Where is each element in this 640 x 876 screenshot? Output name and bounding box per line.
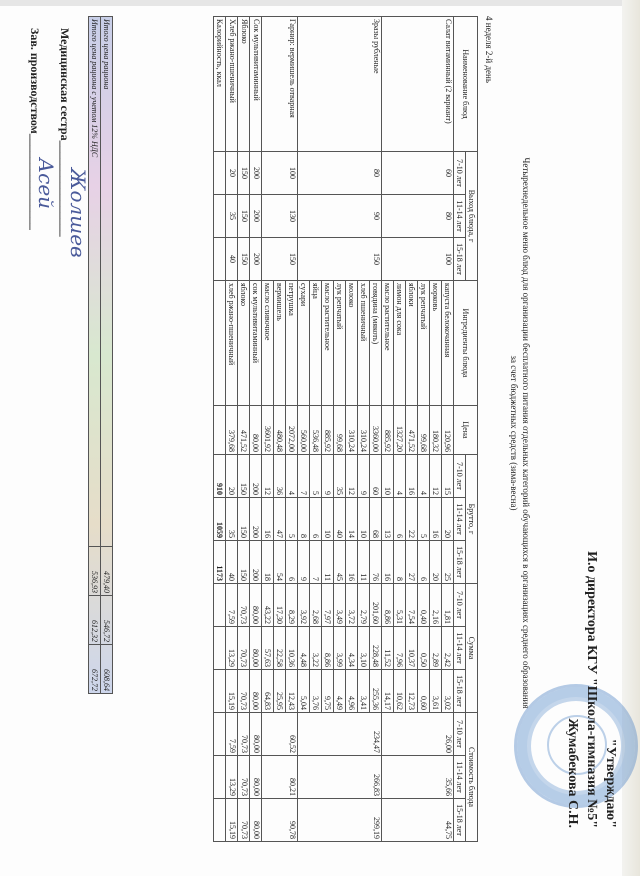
dish-cost: 60,52 [262, 713, 298, 756]
ingredient-price: 99,68 [334, 406, 346, 455]
ingredient-sum: 43,22 [262, 584, 274, 627]
title-line-2: за счет бюджетных средств (зима-весна) [508, 88, 520, 778]
ingredient-gross: 11 [358, 541, 370, 584]
ingredient-gross: 12 [346, 455, 358, 498]
ingredient-sum: 9,75 [322, 670, 334, 713]
ingredient-name: лук репчатый [334, 281, 346, 406]
ingredient-gross: 10 [382, 455, 394, 498]
ingredient-gross: 45 [334, 541, 346, 584]
menu-page: "Утверждаю" И.о директора КГУ "Школа-гим… [18, 8, 628, 868]
ingredient-gross: 47 [274, 498, 286, 541]
header-gross-age2: 11-14 лет [454, 498, 466, 541]
ingredient-gross: 36 [274, 455, 286, 498]
ingredient-gross: 20 [226, 455, 238, 498]
ingredient-price: 3601,92 [262, 406, 274, 455]
ingredient-price: 120,96 [442, 406, 454, 455]
production-label: Зав. производством [28, 28, 42, 134]
totals-table: Итого цена рациона 479,40 546,72 608,64 … [88, 16, 113, 694]
header-output-age1: 7-10 лет [454, 152, 466, 195]
dish-cost: 44,75 [382, 799, 454, 842]
ingredient-gross: 7 [310, 541, 322, 584]
dish-cost: 13,29 [226, 756, 238, 799]
ingredient-gross: 16 [346, 541, 358, 584]
dish-output: 150 [238, 195, 250, 238]
ingredient-name: морковь [430, 281, 442, 406]
ingredient-gross: 200 [250, 541, 262, 584]
calories-label: Калорийность, ккал [214, 17, 226, 152]
ingredient-gross: 200 [250, 455, 262, 498]
ingredient-gross: 16 [430, 498, 442, 541]
ingredient-sum: 228,48 [370, 627, 382, 670]
header-ingredients: Ингредиенты блюда [454, 281, 478, 406]
ingredient-price: 536,48 [310, 406, 322, 455]
dish-name: Зразы рубленые [298, 17, 382, 152]
ingredient-name: сок мультивитаминный [250, 281, 262, 406]
ingredient-gross: 150 [238, 455, 250, 498]
table-row: Салат витаминный (2 вариант)6080100капус… [442, 17, 454, 842]
ingredient-gross: 9 [322, 455, 334, 498]
ingredient-sum: 70,73 [238, 584, 250, 627]
ingredient-gross: 40 [226, 541, 238, 584]
ingredient-name: вермишель [274, 281, 286, 406]
dish-cost: 70,73 [238, 756, 250, 799]
ingredient-sum: 3,49 [334, 584, 346, 627]
ingredient-sum: 13,29 [226, 627, 238, 670]
ingredient-sum: 3,10 [358, 627, 370, 670]
approval-line-3: Жумабекова С.Н. [563, 551, 582, 828]
ingredient-sum: 80,00 [250, 584, 262, 627]
ingredient-sum: 3,22 [310, 627, 322, 670]
ingredient-gross: 4 [394, 455, 406, 498]
header-sums: Сумма [466, 584, 478, 713]
dish-output: 100 [382, 238, 454, 281]
dish-output: 200 [250, 195, 262, 238]
ingredient-sum: 5,04 [298, 670, 310, 713]
ingredient-sum: 7,59 [226, 584, 238, 627]
title-line-1: Четырехнедельное меню блюд для организац… [520, 88, 532, 778]
header-cost-age1: 7-10 лет [454, 713, 466, 756]
dish-output: 60 [382, 152, 454, 195]
empty-cell [214, 627, 226, 670]
table-row: Гарнир: вермишель отварная100130150петру… [286, 17, 298, 842]
header-cost: Стоимость блюда [466, 713, 478, 842]
ingredient-sum: 22,58 [274, 627, 286, 670]
header-sums-age2: 11-14 лет [454, 627, 466, 670]
dish-output: 130 [262, 195, 298, 238]
empty-cell [214, 406, 226, 455]
empty-cell [214, 281, 226, 406]
ingredient-name: масло сливочное [262, 281, 274, 406]
ingredient-gross: 8 [394, 541, 406, 584]
ingredient-gross: 76 [370, 541, 382, 584]
menu-table: Наименование блюд Выход блюда, г Ингреди… [213, 16, 478, 842]
ingredient-gross: 4 [286, 455, 298, 498]
ingredient-gross: 27 [406, 541, 418, 584]
ingredient-gross: 18 [262, 541, 274, 584]
dish-cost: 35,66 [382, 756, 454, 799]
ingredient-sum: 2,68 [310, 584, 322, 627]
header-cost-age3: 15-18 лет [454, 799, 466, 842]
header-sums-age3: 15-18 лет [454, 670, 466, 713]
ingredient-sum: 2,79 [358, 584, 370, 627]
ingredient-name: хлеб пшеничный [358, 281, 370, 406]
dish-name: Сок мультивитаминный [250, 17, 262, 152]
nurse-label: Медицинская сестра [58, 28, 72, 141]
ingredient-sum: 4,34 [346, 627, 358, 670]
ingredient-sum: 0,40 [418, 584, 430, 627]
approval-line-1: "Утверждаю" [601, 551, 620, 828]
table-row: Зразы рубленые8090150говядина (мякоть)33… [370, 17, 382, 842]
ingredient-name: яблоки [406, 281, 418, 406]
ingredient-gross: 40 [334, 498, 346, 541]
ingredient-sum: 3,02 [442, 670, 454, 713]
ingredient-gross: 54 [274, 541, 286, 584]
ingredient-price: 3360,00 [370, 406, 382, 455]
ingredient-gross: 14 [346, 498, 358, 541]
nurse-signature: Жолшев [66, 168, 90, 258]
dish-output: 20 [226, 152, 238, 195]
ingredient-sum: 57,63 [262, 627, 274, 670]
calories-row: Калорийность, ккал91010591173 [214, 17, 226, 842]
header-gross: Брутто, г [466, 455, 478, 584]
ingredient-name: масло растительное [322, 281, 334, 406]
ingredient-sum: 64,83 [262, 670, 274, 713]
header-output: Выход блюда, г [466, 152, 478, 281]
ingredient-sum: 3,41 [358, 670, 370, 713]
ingredient-price: 885,92 [322, 406, 334, 455]
scan-edge-top [0, 0, 640, 6]
ingredient-sum: 12,43 [286, 670, 298, 713]
ingredient-gross: 150 [238, 541, 250, 584]
dish-output: 200 [250, 238, 262, 281]
dish-cost: 299,19 [298, 799, 382, 842]
ingredient-gross: 68 [370, 498, 382, 541]
ingredient-gross: 15 [442, 455, 454, 498]
ingredient-gross: 7 [298, 455, 310, 498]
ingredient-sum: 8,29 [286, 584, 298, 627]
ingredient-sum: 2,89 [430, 627, 442, 670]
ingredient-sum: 11,52 [382, 627, 394, 670]
ingredient-price: 80,00 [250, 406, 262, 455]
nds-total-11-14: 612,32 [89, 596, 101, 645]
ingredient-name: яблоко [238, 281, 250, 406]
ingredient-gross: 6 [418, 541, 430, 584]
ingredient-gross: 35 [334, 455, 346, 498]
dish-output: 35 [226, 195, 238, 238]
ingredient-price: 310,24 [358, 406, 370, 455]
document-title: Четырехнедельное меню блюд для организац… [508, 88, 532, 778]
ingredient-gross: 16 [406, 455, 418, 498]
ingredient-sum: 10,36 [286, 627, 298, 670]
ingredient-sum: 4,49 [334, 670, 346, 713]
ingredient-sum: 14,17 [382, 670, 394, 713]
empty-cell [214, 238, 226, 281]
dish-output: 150 [238, 152, 250, 195]
header-output-age2: 11-14 лет [454, 195, 466, 238]
ingredient-gross: 4 [418, 455, 430, 498]
dish-output: 150 [298, 238, 382, 281]
nds-total-7-10: 536,93 [89, 547, 101, 596]
ingredient-price: 560,00 [298, 406, 310, 455]
dish-cost: 80,00 [250, 799, 262, 842]
gross-total: 910 [214, 455, 226, 498]
approval-line-2: И.о директора КГУ "Школа-гимназия №5" [582, 551, 601, 828]
ingredient-price: 471,52 [238, 406, 250, 455]
ingredient-sum: 70,73 [238, 670, 250, 713]
header-dish: Наименование блюд [454, 17, 478, 152]
dish-cost: 80,21 [262, 756, 298, 799]
ingredient-sum: 3,76 [310, 670, 322, 713]
dish-cost: 7,59 [226, 713, 238, 756]
ingredient-sum: 0,50 [418, 627, 430, 670]
ingredient-gross: 9 [298, 541, 310, 584]
ingredient-sum: 17,30 [274, 584, 286, 627]
ingredient-gross: 60 [370, 455, 382, 498]
header-cost-age2: 11-14 лет [454, 756, 466, 799]
empty-cell [214, 195, 226, 238]
ingredient-sum: 80,00 [250, 627, 262, 670]
ingredient-price: 471,52 [406, 406, 418, 455]
ingredient-name: петрушка [286, 281, 298, 406]
ingredient-gross: 8 [298, 498, 310, 541]
ingredient-gross: 6 [394, 498, 406, 541]
dish-name: Яблоко [238, 17, 250, 152]
ingredient-price: 480,48 [274, 406, 286, 455]
header-gross-age3: 15-18 лет [454, 541, 466, 584]
dish-output: 80 [298, 152, 382, 195]
ingredient-sum: 7,96 [394, 627, 406, 670]
nds-total-15-18: 672,72 [89, 645, 101, 694]
ingredient-gross: 10 [322, 498, 334, 541]
ingredient-gross: 12 [262, 455, 274, 498]
ingredient-gross: 20 [442, 498, 454, 541]
ingredient-sum: 80,00 [250, 670, 262, 713]
ingredient-gross: 13 [382, 498, 394, 541]
ingredient-sum: 3,61 [430, 670, 442, 713]
dish-cost: 90,78 [262, 799, 298, 842]
dish-output: 40 [226, 238, 238, 281]
ingredient-price: 885,92 [382, 406, 394, 455]
header-output-age3: 15-18 лет [454, 238, 466, 281]
empty-cell [214, 152, 226, 195]
ingredient-gross: 11 [322, 541, 334, 584]
ingredient-price: 1327,20 [394, 406, 406, 455]
table-row: Сок мультивитаминный200200200сок мультив… [250, 17, 262, 842]
ingredient-gross: 9 [358, 455, 370, 498]
ingredient-sum: 15,19 [226, 670, 238, 713]
ingredient-price: 99,68 [418, 406, 430, 455]
ingredient-gross: 22 [406, 498, 418, 541]
header-price: Цена [454, 406, 478, 455]
ingredient-name: капуста белокочанная [442, 281, 454, 406]
dish-output: 80 [382, 195, 454, 238]
ingredient-name: лимон для сока [394, 281, 406, 406]
ingredient-name: говядина (мякоть) [370, 281, 382, 406]
ingredient-sum: 70,73 [238, 627, 250, 670]
ingredient-sum: 4,48 [298, 627, 310, 670]
ingredient-price: 379,68 [226, 406, 238, 455]
ingredient-gross: 200 [250, 498, 262, 541]
ingredient-gross: 5 [286, 498, 298, 541]
ingredient-sum: 7,97 [322, 584, 334, 627]
dish-output: 200 [250, 152, 262, 195]
ingredient-gross: 6 [310, 498, 322, 541]
ingredient-name: сухари [298, 281, 310, 406]
ingredient-sum: 3,99 [334, 627, 346, 670]
dish-cost: 266,83 [298, 756, 382, 799]
dish-output: 150 [262, 238, 298, 281]
ingredient-sum: 12,73 [406, 670, 418, 713]
ingredient-gross: 150 [238, 498, 250, 541]
ingredient-gross: 25 [442, 541, 454, 584]
dish-cost: 15,19 [226, 799, 238, 842]
approval-block: "Утверждаю" И.о директора КГУ "Школа-гим… [563, 551, 620, 828]
ingredient-sum: 255,36 [370, 670, 382, 713]
empty-cell [214, 713, 226, 756]
dish-name: Хлеб ржано-пшеничный [226, 17, 238, 152]
ingredient-gross: 5 [418, 498, 430, 541]
ingredient-name: лук репчатый [418, 281, 430, 406]
ingredient-sum: 4,96 [346, 670, 358, 713]
dish-cost: 80,00 [250, 756, 262, 799]
ingredient-gross: 16 [262, 498, 274, 541]
table-row: Яблоко150150150яблоко471,5215015015070,7… [238, 17, 250, 842]
ingredient-sum: 3,92 [298, 584, 310, 627]
ingredient-price: 310,24 [346, 406, 358, 455]
ingredient-name: молоко [346, 281, 358, 406]
table-row: Хлеб ржано-пшеничный203540хлеб ржано-пше… [226, 17, 238, 842]
dish-name: Гарнир: вермишель отварная [262, 17, 298, 152]
production-signature: Асей [34, 158, 58, 209]
ingredient-gross: 6 [286, 541, 298, 584]
header-gross-age1: 7-10 лет [454, 455, 466, 498]
ingredient-gross: 10 [358, 498, 370, 541]
ingredient-gross: 12 [430, 455, 442, 498]
dish-cost: 234,47 [298, 713, 382, 756]
gross-total: 1059 [214, 498, 226, 541]
dish-cost: 26,00 [382, 713, 454, 756]
ingredient-sum: 3,72 [346, 584, 358, 627]
dish-output: 100 [262, 152, 298, 195]
ingredient-sum: 7,54 [406, 584, 418, 627]
ration-total-label: Итого цена рациона [101, 17, 113, 547]
empty-cell [214, 584, 226, 627]
ingredient-name: масло растительное [382, 281, 394, 406]
ingredient-price: 2072,00 [286, 406, 298, 455]
header-sums-age1: 7-10 лет [454, 584, 466, 627]
ingredient-sum: 0,60 [418, 670, 430, 713]
ingredient-sum: 5,31 [394, 584, 406, 627]
empty-cell [214, 670, 226, 713]
ingredient-sum: 10,62 [394, 670, 406, 713]
ingredient-name: яйца [310, 281, 322, 406]
empty-cell [214, 756, 226, 799]
ingredient-gross: 5 [310, 455, 322, 498]
ration-total-15-18: 608,64 [101, 645, 113, 694]
gross-total: 1173 [214, 541, 226, 584]
ingredient-sum: 8,86 [322, 627, 334, 670]
ingredient-sum: 8,86 [382, 584, 394, 627]
empty-cell [214, 799, 226, 842]
day-label: 4 неделя 2-й день [484, 16, 494, 83]
dish-cost: 80,00 [250, 713, 262, 756]
ration-total-11-14: 546,72 [101, 596, 113, 645]
nds-total-label: Итого цена рациона с учетом 12% НДС [89, 17, 101, 547]
dish-output: 150 [238, 238, 250, 281]
ingredient-sum: 2,42 [442, 627, 454, 670]
ingredient-gross: 35 [226, 498, 238, 541]
ingredient-sum: 25,95 [274, 670, 286, 713]
ingredient-sum: 2,16 [430, 584, 442, 627]
dish-cost: 70,73 [238, 799, 250, 842]
dish-cost: 70,73 [238, 713, 250, 756]
ingredient-name: хлеб ржано-пшеничный [226, 281, 238, 406]
dish-output: 90 [298, 195, 382, 238]
ration-total-7-10: 479,40 [101, 547, 113, 596]
ingredient-gross: 20 [430, 541, 442, 584]
ingredient-sum: 10,37 [406, 627, 418, 670]
ingredient-sum: 201,60 [370, 584, 382, 627]
dish-name: Салат витаминный (2 вариант) [382, 17, 454, 152]
ingredient-sum: 1,81 [442, 584, 454, 627]
ingredient-price: 180,32 [430, 406, 442, 455]
ingredient-gross: 16 [382, 541, 394, 584]
